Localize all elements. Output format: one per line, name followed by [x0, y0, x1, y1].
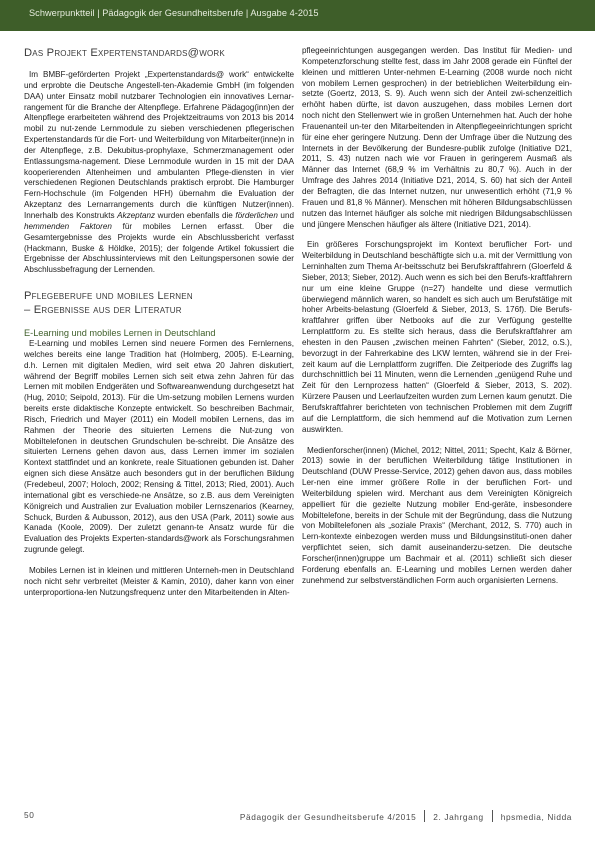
journal-title: Pädagogik der Gesundheitsberufe 4/2015	[240, 812, 416, 822]
paragraph-mobile-learning-smb: Mobiles Lernen ist in kleinen und mittle…	[24, 566, 294, 599]
right-column: pflegeeinrichtungen ausgegangen werden. …	[302, 46, 572, 587]
page-number: 50	[24, 810, 34, 820]
paragraph-media-researchers: Medienforscher(innen) (Michel, 2012; Nit…	[302, 446, 572, 587]
publisher: hpsmedia, Nidda	[501, 812, 572, 822]
subheading-elearning: E-Learning und mobiles Lernen in Deutsch…	[24, 327, 294, 339]
left-column: Das Projekt Expertenstandards@work Im BM…	[24, 46, 294, 598]
journal-info: Pädagogik der Gesundheitsberufe 4/20152.…	[240, 810, 572, 822]
journal-volume: 2. Jahrgang	[433, 812, 483, 822]
header-bar: Schwerpunktteil | Pädagogik der Gesundhe…	[0, 0, 595, 31]
footer-divider	[492, 810, 493, 822]
running-title: Schwerpunktteil | Pädagogik der Gesundhe…	[29, 8, 319, 18]
paragraph-research-project: Ein größeres Forschungsprojekt im Kontex…	[302, 240, 572, 435]
section-heading-literature-1: Pflegeberufe und mobiles Lernen	[24, 289, 294, 303]
paragraph-elearning: E-Learning und mobiles Lernen sind neuer…	[24, 339, 294, 556]
section-heading-literature-2: – Ergebnisse aus der Literatur	[24, 303, 294, 317]
paragraph-project-intro: Im BMBF-geförderten Projekt „Expertensta…	[24, 70, 294, 276]
section-heading-project: Das Projekt Expertenstandards@work	[24, 46, 294, 60]
footer-divider	[424, 810, 425, 822]
paragraph-continuation: pflegeeinrichtungen ausgegangen werden. …	[302, 46, 572, 230]
